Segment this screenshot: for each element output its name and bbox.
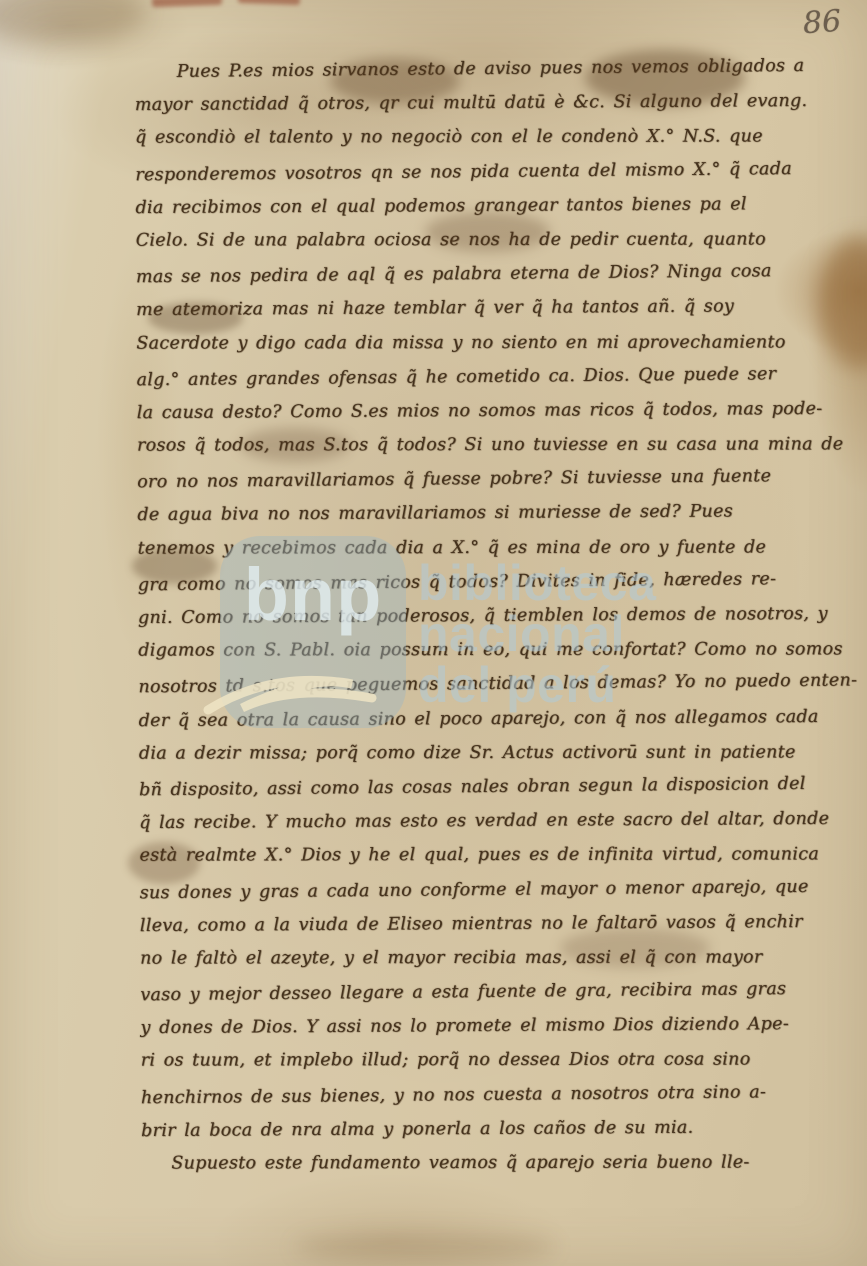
manuscript-line: la causa desto? Como S.es mios no somos … xyxy=(137,392,825,430)
manuscript-page: 86 Pues P.es mios sirvanos esto de aviso… xyxy=(0,0,867,1266)
manuscript-line: gni. Como no somos tan poderosos, q̃ tie… xyxy=(138,597,826,635)
manuscript-line: de agua biva no nos maravillariamos si m… xyxy=(137,494,825,532)
manuscript-line: bñ disposito, assi como las cosas nales … xyxy=(139,767,827,808)
corner-stain xyxy=(0,0,145,44)
manuscript-line: brir la boca de nra alma y ponerla a los… xyxy=(141,1110,829,1148)
manuscript-line: alg.° antes grandes ofensas q̃ he cometi… xyxy=(136,356,824,397)
manuscript-line: gra como no somos mas ricos q̃ todos? Di… xyxy=(138,562,826,603)
manuscript-line: me atemoriza mas ni haze temblar q̃ ver … xyxy=(136,289,824,327)
manuscript-line: mas se nos pedira de aql q̃ es palabra e… xyxy=(136,254,824,295)
manuscript-line: vaso y mejor desseo llegare a esta fuent… xyxy=(140,972,828,1013)
manuscript-line: Pues P.es mios sirvanos esto de aviso pu… xyxy=(135,49,823,90)
manuscript-line: mayor sanctidad q̃ otros, qr cui multū d… xyxy=(135,84,823,122)
manuscript-line: està realmte X.° Dios y he el qual, pues… xyxy=(139,838,827,873)
manuscript-line: tenemos y recebimos cada dia a X.° q̃ es… xyxy=(138,530,826,565)
manuscript-line: henchirnos de sus bienes, y no nos cuest… xyxy=(141,1074,829,1115)
manuscript-line: nosotros td s.tos que peguemos sanctidad… xyxy=(138,664,826,705)
manuscript-line: digamos con S. Pabl. oia possum in eo, q… xyxy=(138,633,826,668)
manuscript-line: y dones de Dios. Y assi nos lo promete e… xyxy=(140,1007,828,1045)
manuscript-line: dia a dezir missa; porq̃ como dize Sr. A… xyxy=(139,735,827,770)
cropped-red-mark xyxy=(238,0,300,5)
folio-number: 86 xyxy=(802,7,842,40)
manuscript-line: responderemos vosotros qn se nos pida cu… xyxy=(135,151,823,192)
cropped-red-mark xyxy=(152,0,222,7)
manuscript-line: Sacerdote y digo cada dia missa y no sie… xyxy=(136,325,824,360)
edge-stain xyxy=(295,1232,555,1262)
manuscript-line: Cielo. Si de una palabra ociosa se nos h… xyxy=(136,222,824,257)
manuscript-line: sus dones y gras a cada uno conforme el … xyxy=(140,869,828,910)
manuscript-line: lleva, como a la viuda de Eliseo mientra… xyxy=(140,905,828,943)
manuscript-line: rosos q̃ todos, mas S.tos q̃ todos? Si u… xyxy=(137,427,825,462)
manuscript-line: Supuesto este fundamento veamos q̃ apare… xyxy=(141,1145,829,1180)
manuscript-line: ri os tuum, et implebo illud; porq̃ no d… xyxy=(141,1043,829,1078)
manuscript-line: der q̃ sea otra la causa sino el poco ap… xyxy=(139,699,827,737)
manuscript-line: dia recibimos con el qual podemos grange… xyxy=(135,187,823,225)
manuscript-line: q̃ escondiò el talento y no negociò con … xyxy=(135,120,823,155)
manuscript-line: oro no nos maravillariamos q̃ fuesse pob… xyxy=(137,459,825,500)
manuscript-line: no le faltò el azeyte, y el mayor recibi… xyxy=(140,940,828,975)
manuscript-line: q̃ las recibe. Y mucho mas esto es verda… xyxy=(139,802,827,840)
manuscript-text: Pues P.es mios sirvanos esto de aviso pu… xyxy=(135,50,830,1182)
edge-stain xyxy=(818,238,867,368)
